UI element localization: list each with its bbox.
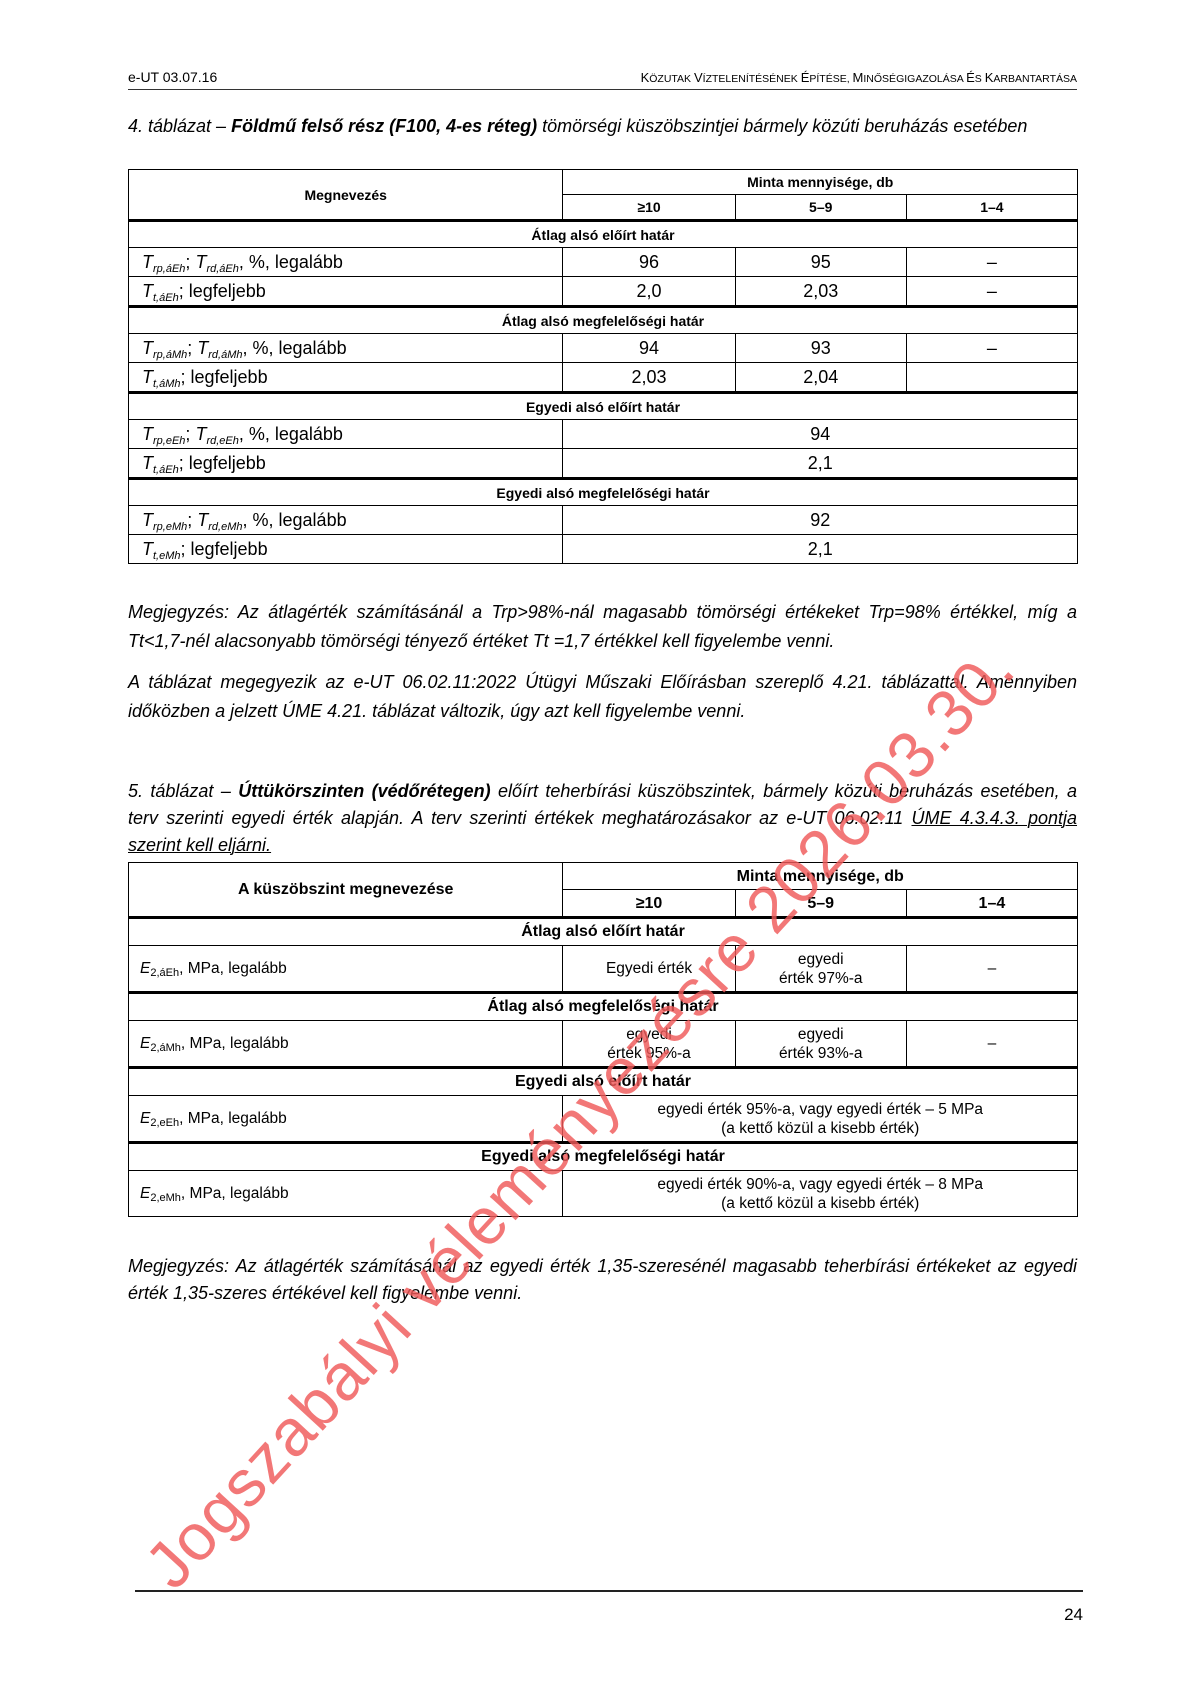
table5: A küszöbszint megnevezése Minta mennyisé… xyxy=(128,862,1078,1217)
row-label: E2,áEh, MPa, legalább xyxy=(129,946,563,993)
value-cell: – xyxy=(906,946,1077,993)
table-row: Trp,áEh; Trd,áEh, %, legalább9695– xyxy=(129,248,1078,277)
section-row: Átlag alsó megfelelőségi határ xyxy=(129,307,1078,334)
value-cell: 2,03 xyxy=(735,277,906,307)
section-title: Egyedi alsó előírt határ xyxy=(129,1068,1078,1096)
row-label: Tt,áMh; legfeljebb xyxy=(129,363,563,393)
section-row: Átlag alsó előírt határ xyxy=(129,221,1078,248)
merged-value-cell: egyedi érték 90%-a, vagy egyedi érték – … xyxy=(563,1171,1078,1217)
column-header: 5–9 xyxy=(735,195,906,221)
row-label: Trp,eMh; Trd,eMh, %, legalább xyxy=(129,506,563,535)
section-row: Egyedi alsó előírt határ xyxy=(129,393,1078,420)
row-label: E2,áMh, MPa, legalább xyxy=(129,1021,563,1068)
value-cell: 95 xyxy=(735,248,906,277)
table-row: Tt,eMh; legfeljebb2,1 xyxy=(129,535,1078,564)
page-number: 24 xyxy=(1064,1605,1083,1625)
table4-caption: 4. táblázat – Földmű felső rész (F100, 4… xyxy=(128,115,1077,138)
column-header: ≥10 xyxy=(563,890,735,918)
value-cell: – xyxy=(906,1021,1077,1068)
section-title: Egyedi alsó megfelelőségi határ xyxy=(129,1143,1078,1171)
value-cell: 94 xyxy=(563,334,735,363)
table5-caption: 5. táblázat – Úttükörszinten (védőrétege… xyxy=(128,778,1077,859)
document-code: e-UT 03.07.16 xyxy=(128,69,217,85)
footer-rule xyxy=(135,1590,1083,1592)
column-header: 1–4 xyxy=(906,195,1077,221)
value-cell: egyediérték 93%-a xyxy=(735,1021,906,1068)
column-group-header: Minta mennyisége, db xyxy=(563,863,1078,890)
value-cell: 93 xyxy=(735,334,906,363)
value-cell xyxy=(906,363,1077,393)
table-row: E2,eEh, MPa, legalábbegyedi érték 95%-a,… xyxy=(129,1096,1078,1143)
table-row: Trp,eMh; Trd,eMh, %, legalább92 xyxy=(129,506,1078,535)
table4-caption-prefix: 4. táblázat – xyxy=(128,116,231,136)
value-cell: – xyxy=(906,277,1077,307)
table-row: Tt,áEh; legfeljebb2,1 xyxy=(129,449,1078,479)
section-row: Egyedi alsó megfelelőségi határ xyxy=(129,1143,1078,1171)
table-row: Tt,áEh; legfeljebb2,02,03– xyxy=(129,277,1078,307)
column-group-header: Minta mennyisége, db xyxy=(563,170,1078,195)
value-cell: – xyxy=(906,248,1077,277)
section-title: Átlag alsó előírt határ xyxy=(129,918,1078,946)
row-label: Trp,áMh; Trd,áMh, %, legalább xyxy=(129,334,563,363)
section-title: Átlag alsó előírt határ xyxy=(129,221,1078,248)
section-row: Egyedi alsó előírt határ xyxy=(129,1068,1078,1096)
table4-note-1: Megjegyzés: Az átlagérték számításánál a… xyxy=(128,598,1077,656)
column-header: 5–9 xyxy=(735,890,906,918)
column-header-name: Megnevezés xyxy=(129,170,563,221)
row-label: Tt,áEh; legfeljebb xyxy=(129,277,563,307)
row-label: E2,eMh, MPa, legalább xyxy=(129,1171,563,1217)
row-label: Trp,áEh; Trd,áEh, %, legalább xyxy=(129,248,563,277)
document-title: KÖZUTAK VÍZTELENÍTÉSÉNEK ÉPÍTÉSE, MINŐSÉ… xyxy=(641,70,1077,85)
section-row: Átlag alsó előírt határ xyxy=(129,918,1078,946)
row-label: Trp,eEh; Trd,eEh, %, legalább xyxy=(129,420,563,449)
table5-note: Megjegyzés: Az átlagérték számításánál a… xyxy=(128,1253,1077,1307)
value-cell: 2,03 xyxy=(563,363,735,393)
table-row: Trp,eEh; Trd,eEh, %, legalább94 xyxy=(129,420,1078,449)
table4-caption-bold: Földmű felső rész (F100, 4-es réteg) xyxy=(231,116,537,136)
table-row: E2,áMh, MPa, legalábbegyediérték 95%-aeg… xyxy=(129,1021,1078,1068)
value-cell: egyediérték 97%-a xyxy=(735,946,906,993)
section-title: Átlag alsó megfelelőségi határ xyxy=(129,307,1078,334)
merged-value-cell: 92 xyxy=(563,506,1078,535)
section-title: Egyedi alsó megfelelőségi határ xyxy=(129,479,1078,506)
row-label: Tt,eMh; legfeljebb xyxy=(129,535,563,564)
table4: Megnevezés Minta mennyisége, db ≥10 5–9 … xyxy=(128,169,1078,564)
value-cell: egyediérték 95%-a xyxy=(563,1021,735,1068)
table-row: Tt,áMh; legfeljebb2,032,04 xyxy=(129,363,1078,393)
merged-value-cell: 2,1 xyxy=(563,535,1078,564)
section-row: Átlag alsó megfelelőségi határ xyxy=(129,993,1078,1021)
table5-caption-bold: Úttükörszinten (védőrétegen) xyxy=(238,781,490,801)
row-label: Tt,áEh; legfeljebb xyxy=(129,449,563,479)
value-cell: Egyedi érték xyxy=(563,946,735,993)
table4-caption-rest: tömörségi küszöbszintjei bármely közúti … xyxy=(537,116,1027,136)
table-row: E2,eMh, MPa, legalábbegyedi érték 90%-a,… xyxy=(129,1171,1078,1217)
merged-value-cell: egyedi érték 95%-a, vagy egyedi érték – … xyxy=(563,1096,1078,1143)
merged-value-cell: 94 xyxy=(563,420,1078,449)
merged-value-cell: 2,1 xyxy=(563,449,1078,479)
table5-caption-prefix: 5. táblázat – xyxy=(128,781,238,801)
column-header: 1–4 xyxy=(906,890,1077,918)
section-row: Egyedi alsó megfelelőségi határ xyxy=(129,479,1078,506)
value-cell: 96 xyxy=(563,248,735,277)
table-row: Trp,áMh; Trd,áMh, %, legalább9493– xyxy=(129,334,1078,363)
table-row: E2,áEh, MPa, legalábbEgyedi értékegyedié… xyxy=(129,946,1078,993)
section-title: Egyedi alsó előírt határ xyxy=(129,393,1078,420)
value-cell: – xyxy=(906,334,1077,363)
column-header: ≥10 xyxy=(563,195,735,221)
document-page: e-UT 03.07.16 KÖZUTAK VÍZTELENÍTÉSÉNEK É… xyxy=(0,0,1191,1684)
section-title: Átlag alsó megfelelőségi határ xyxy=(129,993,1078,1021)
row-label: E2,eEh, MPa, legalább xyxy=(129,1096,563,1143)
value-cell: 2,0 xyxy=(563,277,735,307)
running-header: e-UT 03.07.16 KÖZUTAK VÍZTELENÍTÉSÉNEK É… xyxy=(128,69,1077,90)
column-header-name: A küszöbszint megnevezése xyxy=(129,863,563,918)
value-cell: 2,04 xyxy=(735,363,906,393)
table4-note-2: A táblázat megegyezik az e-UT 06.02.11:2… xyxy=(128,668,1077,726)
